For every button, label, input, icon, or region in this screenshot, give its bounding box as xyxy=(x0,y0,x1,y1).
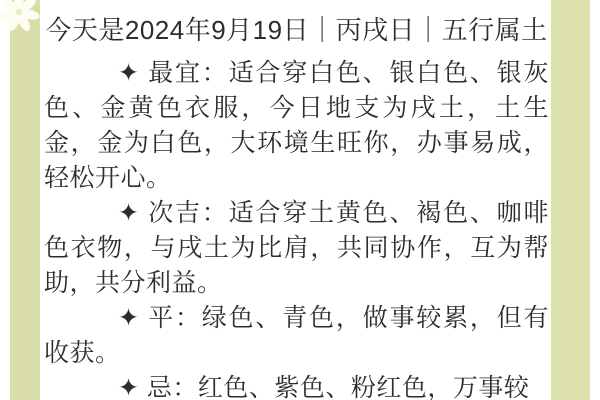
fortune-paragraph-second: ✦ 次吉：适合穿土黄色、褐色、咖啡色衣物，与戌土为比肩，共同协作，互为帮助，共分… xyxy=(44,196,549,301)
content-area: 今天是2024年9月19日｜丙戌日｜五行属土 ✦ 最宜：适合穿白色、银白色、银灰… xyxy=(44,12,549,400)
right-border-stripe xyxy=(551,0,590,400)
fortune-paragraph-best: ✦ 最宜：适合穿白色、银白色、银灰色、金黄色衣服，今日地支为戌土，土生金，金为白… xyxy=(44,56,549,196)
fortune-paragraph-avoid: ✦ 忌：红色、紫色、粉红色，万事较 xyxy=(44,371,549,400)
left-border-stripe xyxy=(10,0,40,400)
flower-icon xyxy=(0,0,40,33)
date-title: 今天是2024年9月19日｜丙戌日｜五行属土 xyxy=(44,12,549,48)
fortune-paragraph-neutral: ✦ 平：绿色、青色，做事较累，但有收获。 xyxy=(44,301,549,371)
